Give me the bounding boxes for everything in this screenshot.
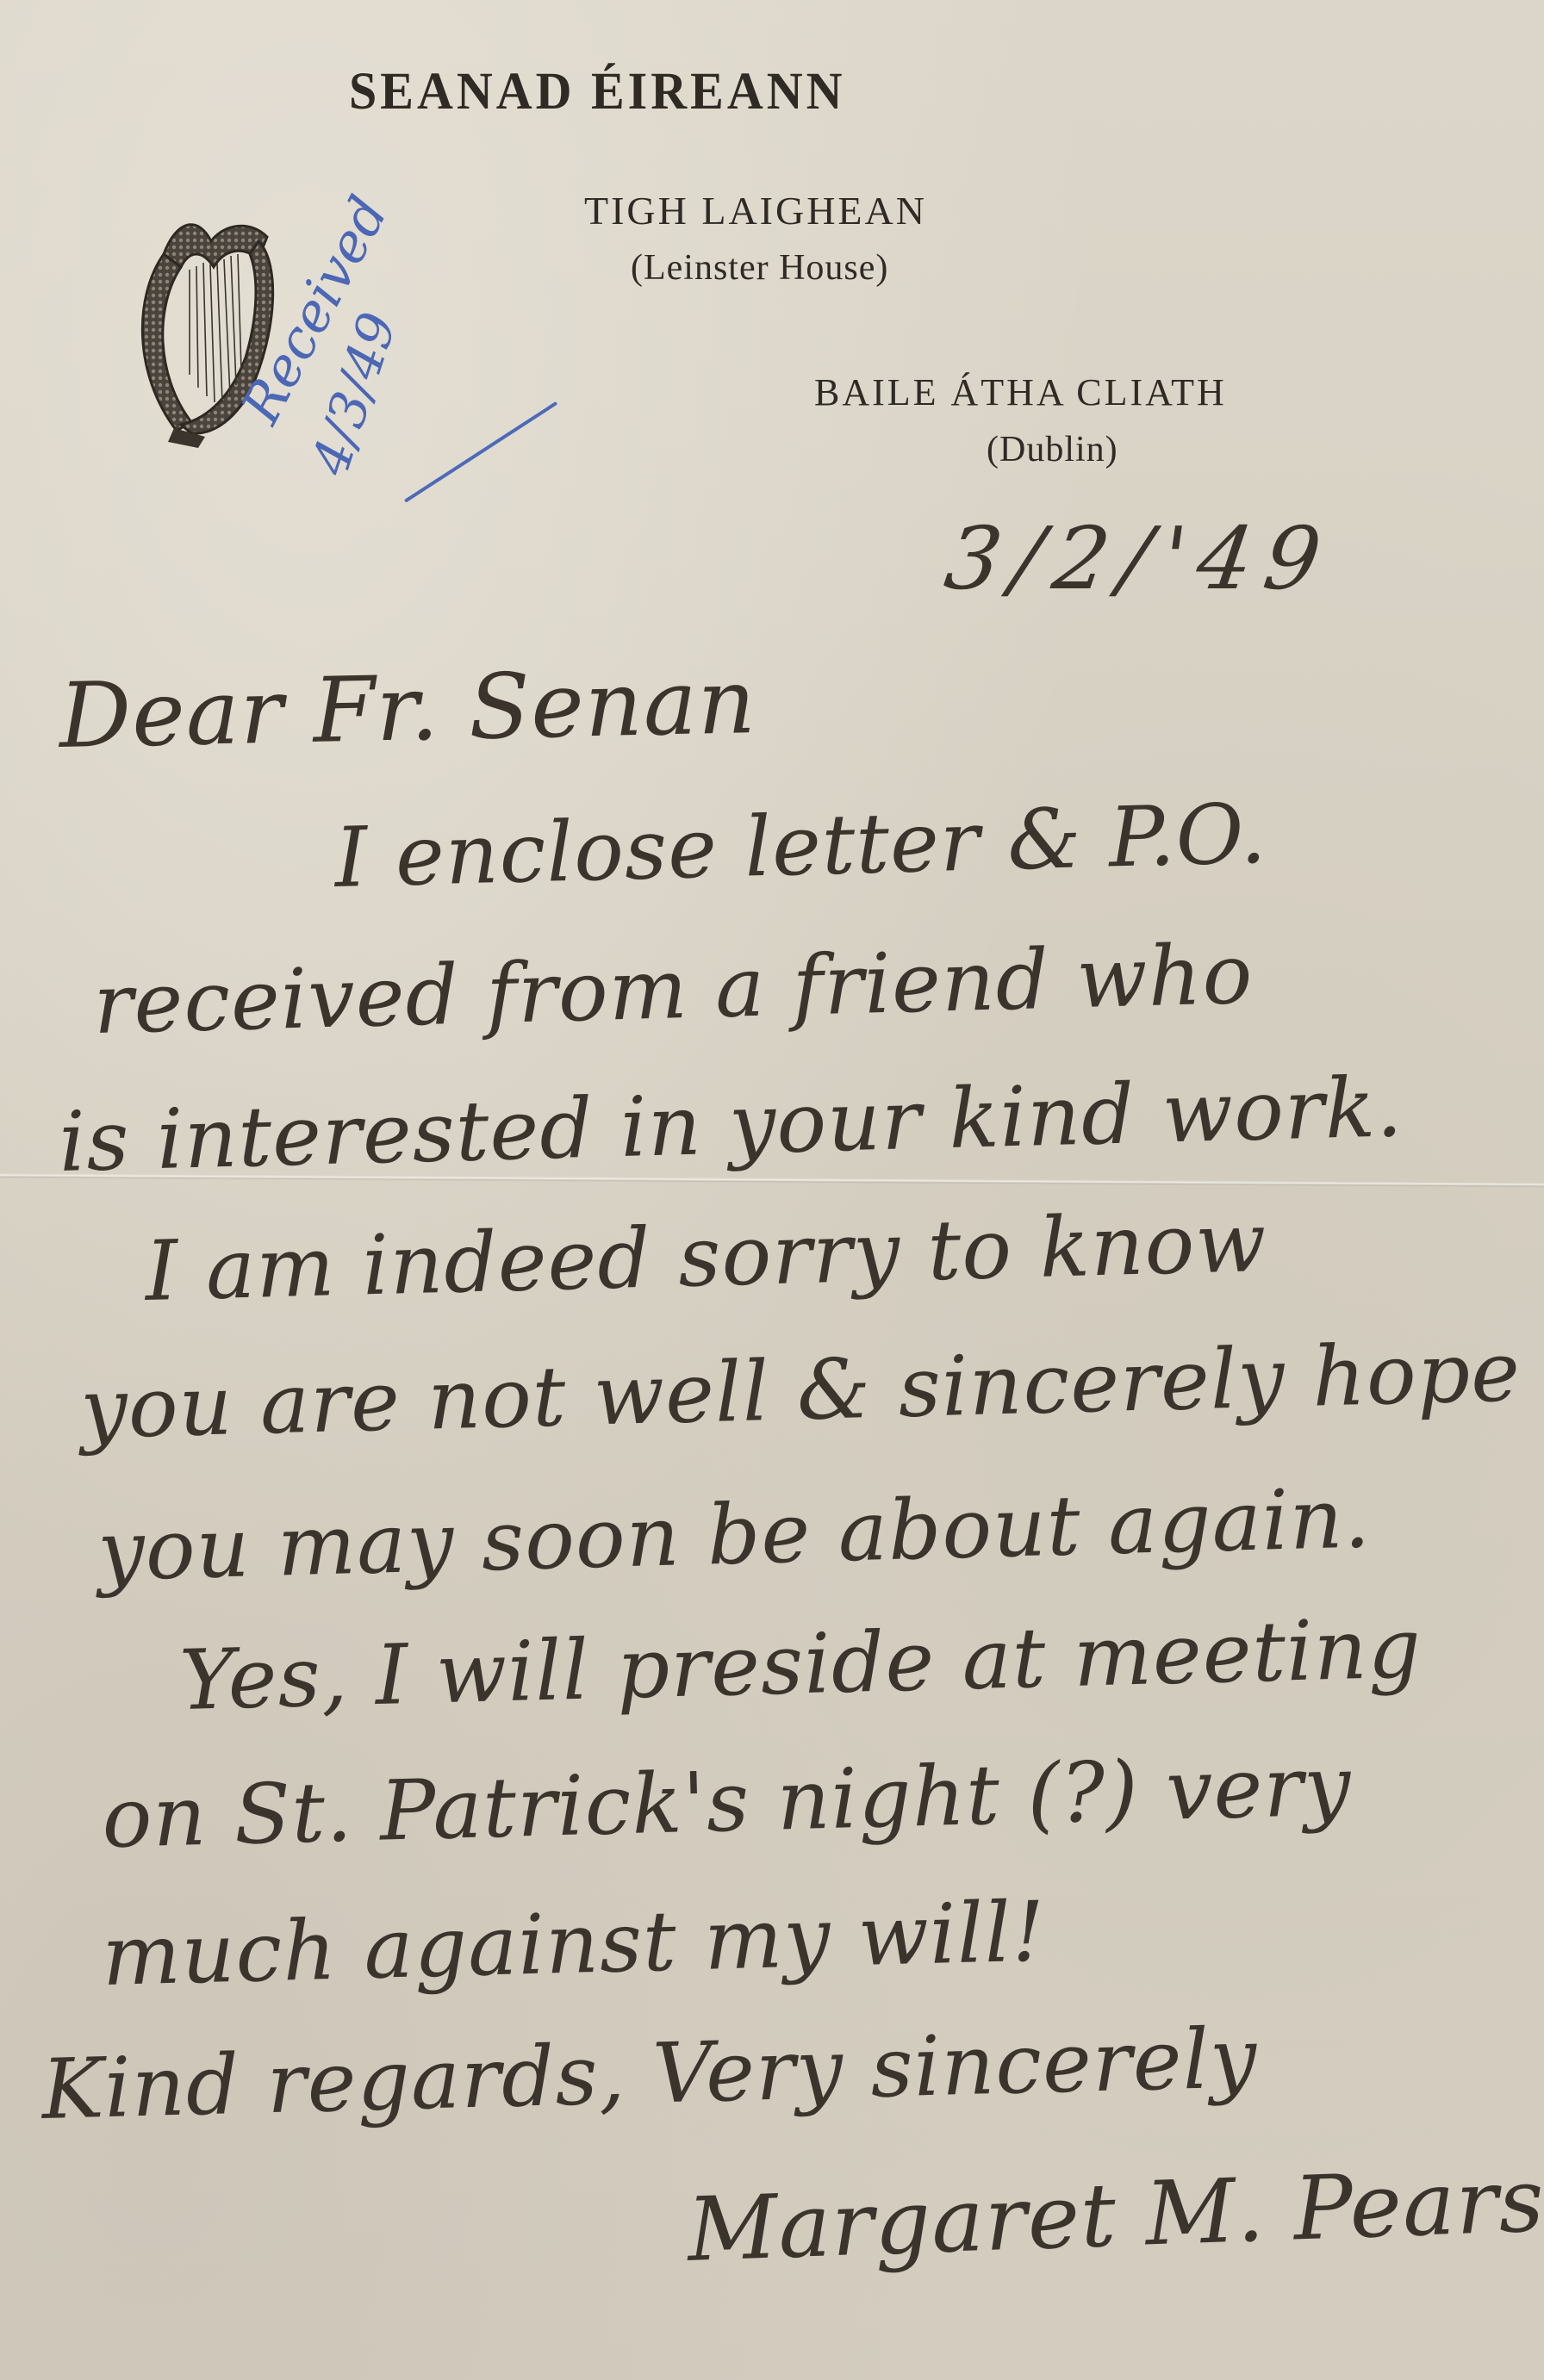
received-underline bbox=[404, 401, 557, 503]
harp-icon bbox=[129, 202, 284, 461]
signature: Margaret M. Pearse bbox=[686, 2147, 1544, 2282]
closing-line: Kind regards, Very sincerely bbox=[40, 2010, 1259, 2138]
letterhead-house-irish: TIGH LAIGHEAN bbox=[584, 188, 927, 233]
body-line: you are not well & sincerely hope bbox=[79, 1323, 1522, 1457]
letter-date: 3/2/'49 bbox=[939, 508, 1339, 609]
body-line: Yes, I will preside at meeting bbox=[178, 1600, 1423, 1729]
body-line: I am indeed sorry to know bbox=[144, 1194, 1268, 1320]
letter-page: SEANAD ÉIREANN TIGH LAIGHEAN (Leinster H… bbox=[0, 0, 1544, 2380]
received-annotation: Received 4/3/49 bbox=[276, 319, 586, 569]
body-line: is interested in your kind work. bbox=[58, 1059, 1404, 1190]
body-line: I enclose letter & P.O. bbox=[333, 786, 1268, 906]
body-line: received from a friend who bbox=[92, 926, 1254, 1053]
body-line: on St. Patrick's night (?) very bbox=[101, 1737, 1353, 1867]
body-line: you may soon be about again. bbox=[96, 1470, 1372, 1600]
letterhead-house-english: (Leinster House) bbox=[631, 247, 888, 289]
letterhead-city-english: (Dublin) bbox=[987, 429, 1118, 470]
letterhead-city-irish: BAILE ÁTHA CLIATH bbox=[814, 370, 1227, 414]
letterhead-title: SEANAD ÉIREANN bbox=[349, 60, 845, 121]
body-line: much against my will! bbox=[101, 1883, 1047, 2004]
salutation: Dear Fr. Senan bbox=[58, 649, 756, 768]
